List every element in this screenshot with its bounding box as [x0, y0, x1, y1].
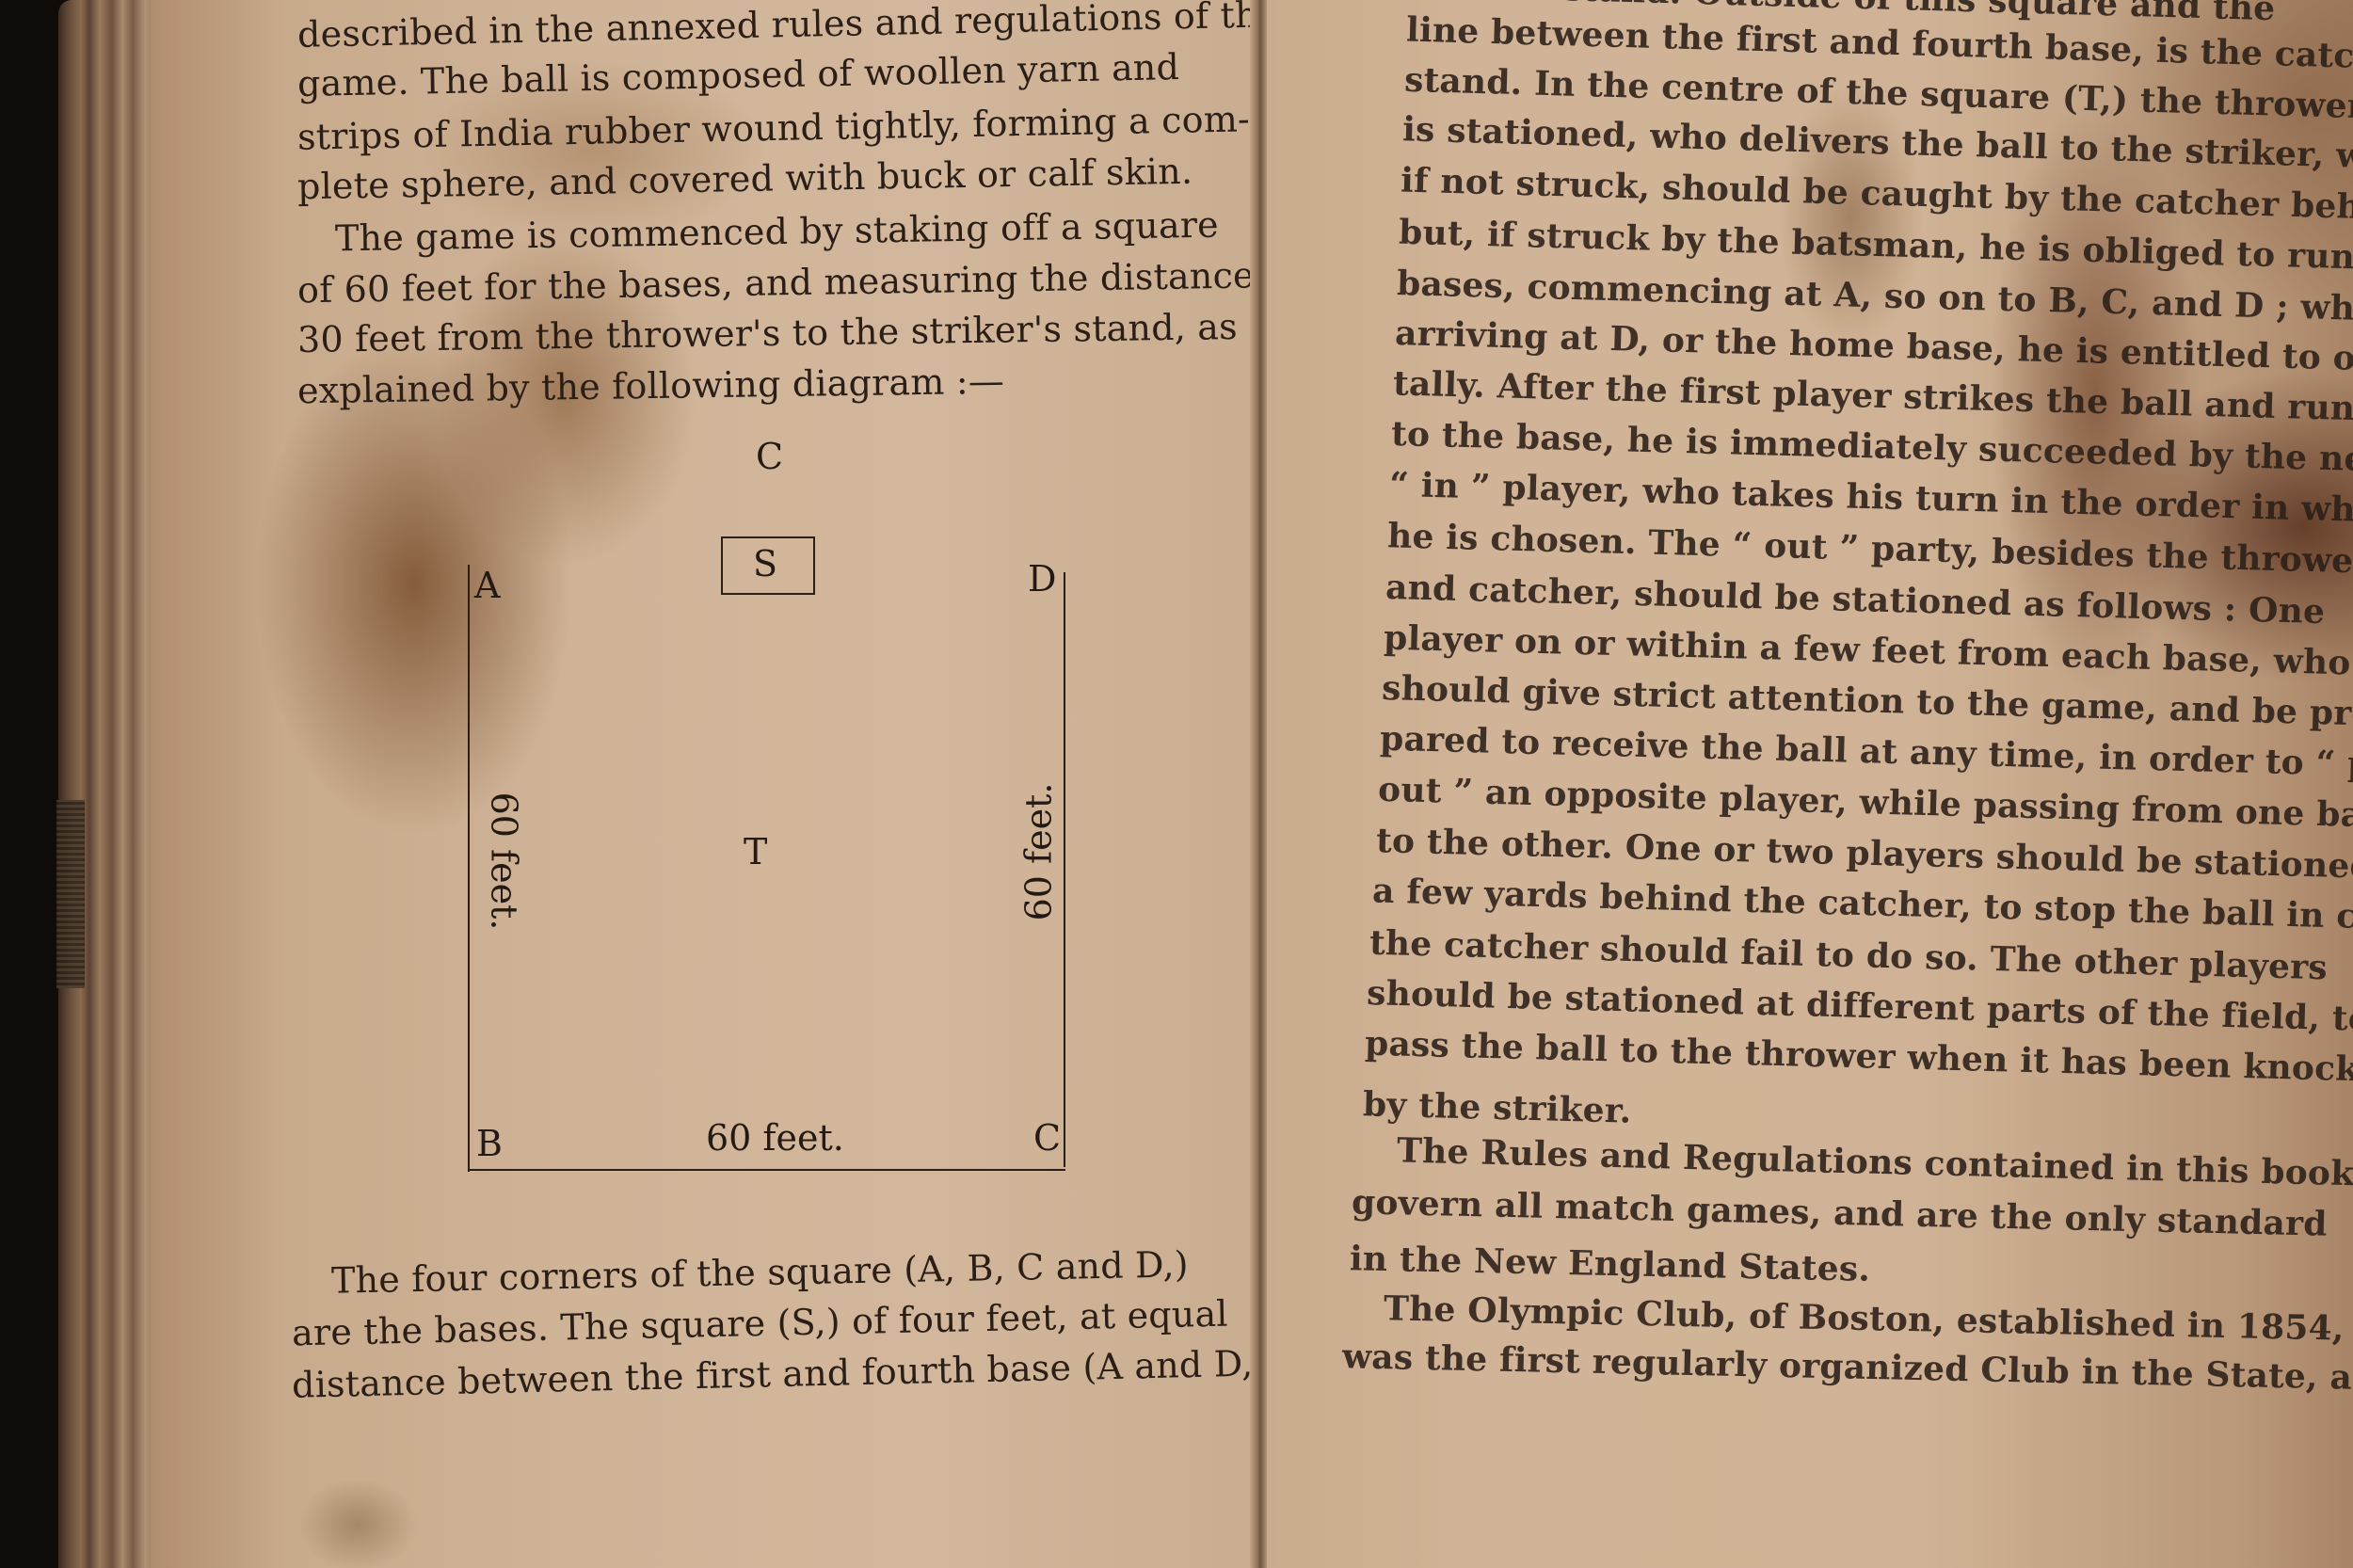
base-d-label: D	[1028, 561, 1056, 597]
binding-cloth	[56, 800, 85, 988]
left-side-line	[468, 565, 470, 1172]
left-side-length-label: 60 feet.	[486, 792, 521, 931]
text-line: by the striker.	[1362, 1084, 1631, 1130]
base-c-label: C	[1033, 1120, 1061, 1156]
right-side-line	[1064, 572, 1065, 1167]
base-a-label: A	[474, 568, 500, 603]
striker-square-label: S	[753, 546, 777, 582]
bottom-side-length-label: 60 feet.	[706, 1120, 844, 1156]
bottom-side-line	[468, 1169, 1065, 1171]
right-side-length-label: 60 feet.	[1020, 783, 1056, 921]
page-edges	[58, 0, 162, 1568]
thrower-position-label: T	[744, 834, 767, 870]
base-b-label: B	[476, 1126, 503, 1161]
catcher-stand-label: C	[756, 439, 783, 474]
book-gutter	[1250, 0, 1269, 1568]
open-book-photo: described in the annexed rules and regul…	[0, 0, 2353, 1568]
